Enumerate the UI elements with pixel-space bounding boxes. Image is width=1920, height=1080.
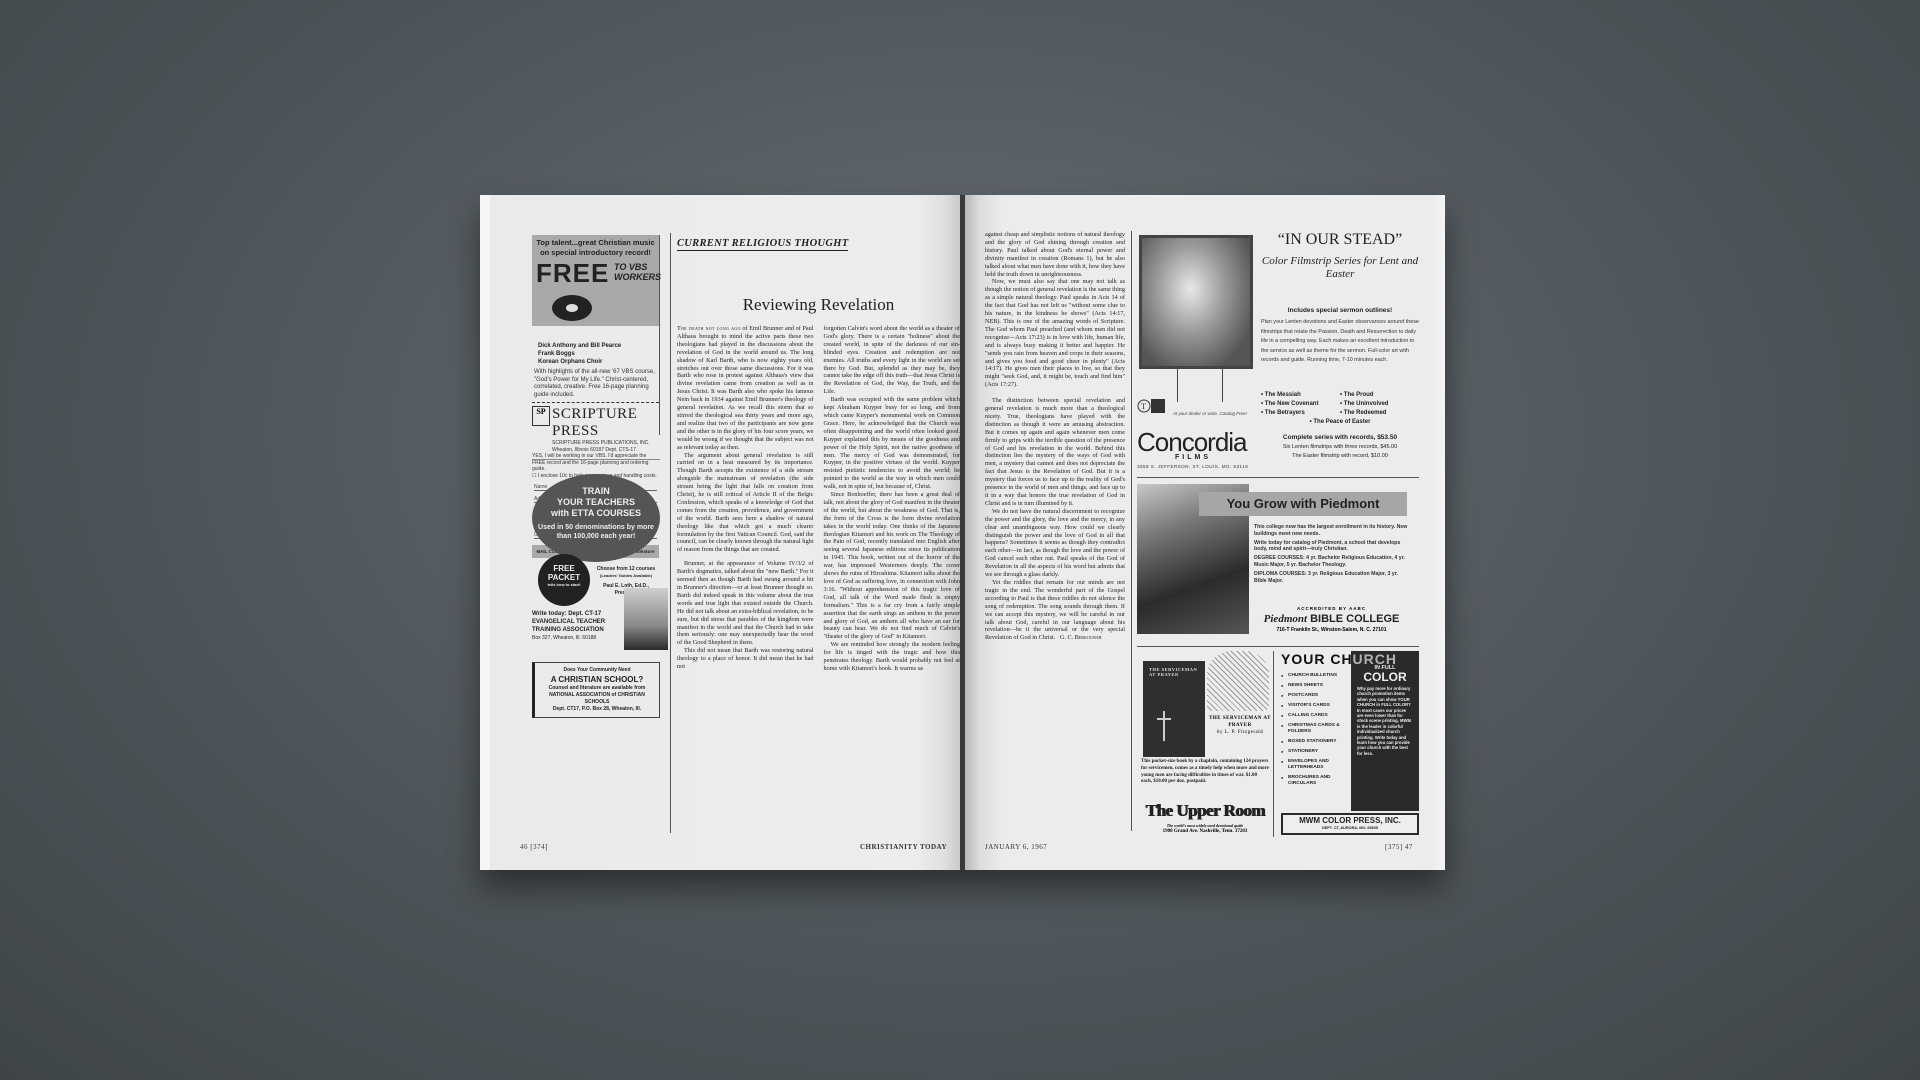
record-icon — [552, 295, 592, 321]
stead-body: Plan your Lenten devotions and Easter ob… — [1261, 318, 1419, 366]
president-photo — [624, 588, 668, 650]
artist-item: Dick Anthony and Bill Pearce — [538, 342, 659, 350]
school-headline: A CHRISTIAN SCHOOL? — [538, 674, 656, 685]
left-folio: 46 [374] — [520, 843, 548, 851]
paragraph: forgotten Calvin's word about the world … — [824, 325, 961, 396]
tripod-icon — [1177, 366, 1223, 402]
vbs-banner: Top talent...great Christian music on sp… — [532, 235, 659, 326]
upper-room-title: THE SERVICEMAN AT PRAYER by L. P. Fitzge… — [1209, 715, 1271, 736]
scripture-press-brand: SCRIPTURE PRESS — [552, 406, 659, 440]
left-ad-column: Top talent...great Christian music on sp… — [532, 235, 660, 718]
stead-includes: Includes special sermon outlines! — [1261, 307, 1419, 314]
mwm-footer: MWM COLOR PRESS, INC. DEPT. CT, AURORA, … — [1281, 813, 1419, 835]
right-page: against cheap and simplistic notions of … — [965, 195, 1445, 870]
left-page: Top talent...great Christian music on sp… — [480, 195, 962, 870]
section-title: CURRENT RELIGIOUS THOUGHT — [677, 238, 848, 251]
bottom-ads: THE SERVICEMAN AT PRAYER THE SERVICEMAN … — [1137, 646, 1419, 837]
paragraph: Now, we must also say that one may not t… — [985, 278, 1125, 389]
dealer-note: At your dealer or write. Catalog Free! — [1173, 411, 1247, 416]
school-line1: Does Your Community Need — [538, 667, 656, 674]
cross-icon — [1163, 711, 1165, 741]
paragraph: Yet the riddles that remain for our mind… — [985, 579, 1125, 642]
mwm-dark-panel: IN FULL COLOR Why pay more for ordinary … — [1351, 651, 1419, 811]
write-today: Write today: Dept. CT-17 — [532, 610, 624, 618]
mwm-item: CHURCH BULLETINS — [1281, 673, 1353, 679]
mwm-item: VISITOR'S CARDS — [1281, 703, 1353, 709]
upper-room-desc: This pocket-size book by a chaplain, con… — [1141, 759, 1269, 786]
paragraph: The argument about general revelation is… — [677, 452, 814, 555]
paragraph: Barth was occupied with the same problem… — [824, 396, 961, 491]
brand-sub: SCRIPTURE PRESS PUBLICATIONS, INC. Wheat… — [552, 440, 659, 453]
stead-subtitle: Color Filmstrip Series for Lent and East… — [1261, 255, 1419, 281]
issue-date: JANUARY 6, 1967 — [985, 843, 1047, 851]
pricing: Complete series with records, $53.50 Six… — [1261, 433, 1419, 461]
packet-sub: tells how to start! — [538, 582, 590, 587]
school-org: NATIONAL ASSOCIATION of CHRISTIAN SCHOOL… — [538, 692, 656, 706]
piedmont-script: Piedmont — [1264, 613, 1307, 625]
paragraph: Brunner, at the appearance of Volume IV/… — [677, 560, 814, 647]
scripture-press-ad: Top talent...great Christian music on sp… — [532, 235, 660, 435]
etta-line: TRAIN — [532, 486, 660, 497]
vbs-headline: Top talent...great Christian music on sp… — [536, 238, 655, 258]
artist-item: Korean Orphans Choir — [538, 358, 659, 366]
piedmont-paragraph: Write today for catalog of Piedmont, a s… — [1254, 540, 1409, 554]
filmstrip-title: • The Messiah — [1261, 391, 1340, 400]
mwm-item-list: CHURCH BULLETINS NEWS SHEETS POSTCARDS V… — [1281, 673, 1353, 791]
article-continuation: against cheap and simplistic notions of … — [985, 231, 1132, 831]
upper-room-tagline: The world's most widely used devotional … — [1141, 823, 1269, 828]
price-line: The Easter filmstrip with record, $10.00 — [1261, 452, 1419, 461]
paragraph: We do not have the natural discernment t… — [985, 508, 1125, 579]
piedmont-paragraph: DIPLOMA COURSES: 3 yr. Religious Educati… — [1254, 571, 1409, 585]
mwm-company: MWM COLOR PRESS, INC. — [1283, 815, 1417, 826]
mwm-item: CALLING CARDS — [1281, 713, 1353, 719]
filmstrip-title: • The Proud — [1340, 391, 1419, 400]
concordia-films: FILMS — [1175, 454, 1211, 461]
book-author: by L. P. Fitzgerald — [1209, 729, 1271, 736]
piedmont-paragraph: This college now has the largest enrollm… — [1254, 524, 1409, 538]
concordia-address: 3558 S. JEFFERSON, ST. LOUIS, MO. 63118 — [1137, 464, 1248, 469]
mwm-footer-inner: MWM COLOR PRESS, INC. DEPT. CT, AURORA, … — [1283, 815, 1417, 833]
paragraph: This did not mean that Barth was restori… — [677, 647, 814, 671]
piedmont-name: Piedmont BIBLE COLLEGE — [1254, 613, 1409, 625]
piedmont-banner: You Grow with Piedmont — [1199, 492, 1407, 516]
piedmont-body: This college now has the largest enrollm… — [1254, 524, 1409, 586]
packet-title: FREE PACKET — [538, 564, 590, 582]
etta-line: YOUR TEACHERS — [532, 497, 660, 508]
filmstrip-title: • The Betrayers — [1261, 409, 1340, 418]
etta-oval-sub: Used in 50 denominations by more than 10… — [532, 523, 660, 541]
concordia-square-icon — [1151, 399, 1165, 413]
stead-title: “IN OUR STEAD” — [1261, 231, 1419, 249]
article-title: Reviewing Revelation — [677, 295, 960, 315]
filmstrip-title: • The New Covenant — [1261, 400, 1340, 409]
upper-room-logo: The Upper Room — [1141, 801, 1269, 821]
mwm-item: NEWS SHEETS — [1281, 683, 1353, 689]
etta-address: Box 327, Wheaton, Ill. 60188 — [532, 634, 624, 642]
accreditation: ACCREDITED BY AABC — [1254, 606, 1409, 611]
your-church-head: YOUR CHURCH — [1281, 651, 1397, 667]
mwm-item: ENVELOPES AND LETTERHEADS — [1281, 759, 1353, 771]
vbs-to-workers: TO VBS WORKERS — [614, 262, 661, 282]
piedmont-name-rest: BIBLE COLLEGE — [1310, 613, 1399, 625]
paragraph: Since Bonhoeffer, there has been a great… — [824, 491, 961, 641]
paragraph: The death not long ago of Emil Brunner a… — [677, 325, 814, 452]
running-foot: CHRISTIANITY TODAY — [860, 843, 947, 851]
choose-text: Choose from 12 courses — [592, 566, 660, 573]
upper-room-address: 1908 Grand Ave. Nashville, Tenn. 37203 — [1141, 829, 1269, 834]
mwm-item: CHRISTMAS CARDS & FOLDERS — [1281, 723, 1353, 735]
mwm-item: BOXED STATIONERY — [1281, 739, 1353, 745]
school-line3: Counsel and literature are available fro… — [538, 685, 656, 692]
mwm-item: POSTCARDS — [1281, 693, 1353, 699]
upper-room-ad: THE SERVICEMAN AT PRAYER THE SERVICEMAN … — [1137, 651, 1274, 837]
vbs-description: With highlights of the all-new '67 VBS c… — [534, 369, 657, 399]
article-columns: The death not long ago of Emil Brunner a… — [677, 325, 960, 673]
author-byline: G. C. Berkouwer — [1060, 634, 1102, 641]
etta-contact: Write today: Dept. CT-17 EVANGELICAL TEA… — [532, 610, 624, 642]
etta-oval: TRAIN YOUR TEACHERS with ETTA COURSES Us… — [532, 474, 660, 562]
concordia-films-ad: T At your dealer or write. Catalog Free!… — [1137, 231, 1419, 478]
etta-org: EVANGELICAL TEACHER TRAINING ASSOCIATION — [532, 618, 624, 634]
paragraph: The distinction between special revelati… — [985, 397, 1125, 508]
piedmont-paragraph: DEGREE COURSES: 4 yr. Bachelor Religious… — [1254, 555, 1409, 569]
book-cover: THE SERVICEMAN AT PRAYER — [1143, 661, 1205, 757]
concordia-t-logo-icon: T — [1137, 399, 1151, 413]
article: CURRENT RELIGIOUS THOUGHT Reviewing Reve… — [670, 233, 960, 833]
filmstrip-title: • The Uninvolved — [1340, 400, 1419, 409]
mwm-color-press-ad: IN FULL COLOR Why pay more for ordinary … — [1277, 651, 1419, 837]
artist-item: Frank Boggs — [538, 350, 659, 358]
filmstrip-title: • The Redeemed — [1340, 409, 1419, 418]
scripture-press-logo-icon: SP — [532, 406, 550, 426]
paragraph-text: of Emil Brunner and of Paul Althaus brou… — [677, 325, 814, 451]
christian-school-ad: Does Your Community Need A CHRISTIAN SCH… — [532, 662, 660, 718]
free-packet-badge: FREE PACKET tells how to start! — [538, 554, 590, 606]
price-main: Complete series with records, $53.50 — [1283, 434, 1397, 441]
filmstrip-screen-image — [1139, 235, 1253, 369]
color-word: COLOR — [1351, 671, 1419, 683]
paragraph: We are reminded how strongly the modern … — [824, 641, 961, 673]
svg-text:T: T — [1141, 402, 1146, 411]
mwm-dark-text: Why pay more for ordinary church promoti… — [1351, 683, 1419, 759]
book-title: THE SERVICEMAN AT PRAYER — [1209, 715, 1271, 729]
filmstrip-title: • The Peace of Easter — [1261, 418, 1419, 427]
etta-ad: TRAIN YOUR TEACHERS with ETTA COURSES Us… — [532, 459, 660, 650]
school-address: Dept. CT17, P.O. Box 28, Wheaton, Ill. — [538, 706, 656, 713]
mwm-address: DEPT. CT, AURORA, MO. 65605 — [1283, 826, 1417, 830]
piedmont-address: 716-T Franklin St., Winston-Salem, N. C.… — [1254, 627, 1409, 633]
article-column-2: forgotten Calvin's word about the world … — [824, 325, 961, 673]
filmstrip-titles: • The Messiah • The Proud • The New Cove… — [1261, 391, 1419, 427]
magazine-spread: Top talent...great Christian music on sp… — [480, 195, 1445, 870]
book-cover-title: THE SERVICEMAN AT PRAYER — [1149, 667, 1197, 677]
etta-line: with ETTA COURSES — [532, 508, 660, 519]
mwm-item: BROCHURES AND CIRCULARS — [1281, 775, 1353, 787]
right-folio: [375] 47 — [1385, 843, 1413, 851]
article-column-1: The death not long ago of Emil Brunner a… — [677, 325, 814, 673]
paragraph: against cheap and simplistic notions of … — [985, 231, 1125, 278]
paragraph-text: Yet the riddles that remain for our mind… — [985, 579, 1125, 641]
mwm-item: STATIONERY — [1281, 749, 1353, 755]
artist-list: Dick Anthony and Bill Pearce Frank Boggs… — [538, 342, 659, 366]
lead-in: The death not long ago — [677, 325, 741, 332]
soldier-illustration — [1207, 651, 1269, 711]
choose-sub: (Leaders' Guides Available) — [592, 573, 660, 580]
price-line: Six Lenten filmstrips with three records… — [1261, 443, 1419, 452]
piedmont-ad: You Grow with Piedmont This college now … — [1137, 484, 1419, 634]
right-ad-column: T At your dealer or write. Catalog Free!… — [1137, 231, 1419, 837]
